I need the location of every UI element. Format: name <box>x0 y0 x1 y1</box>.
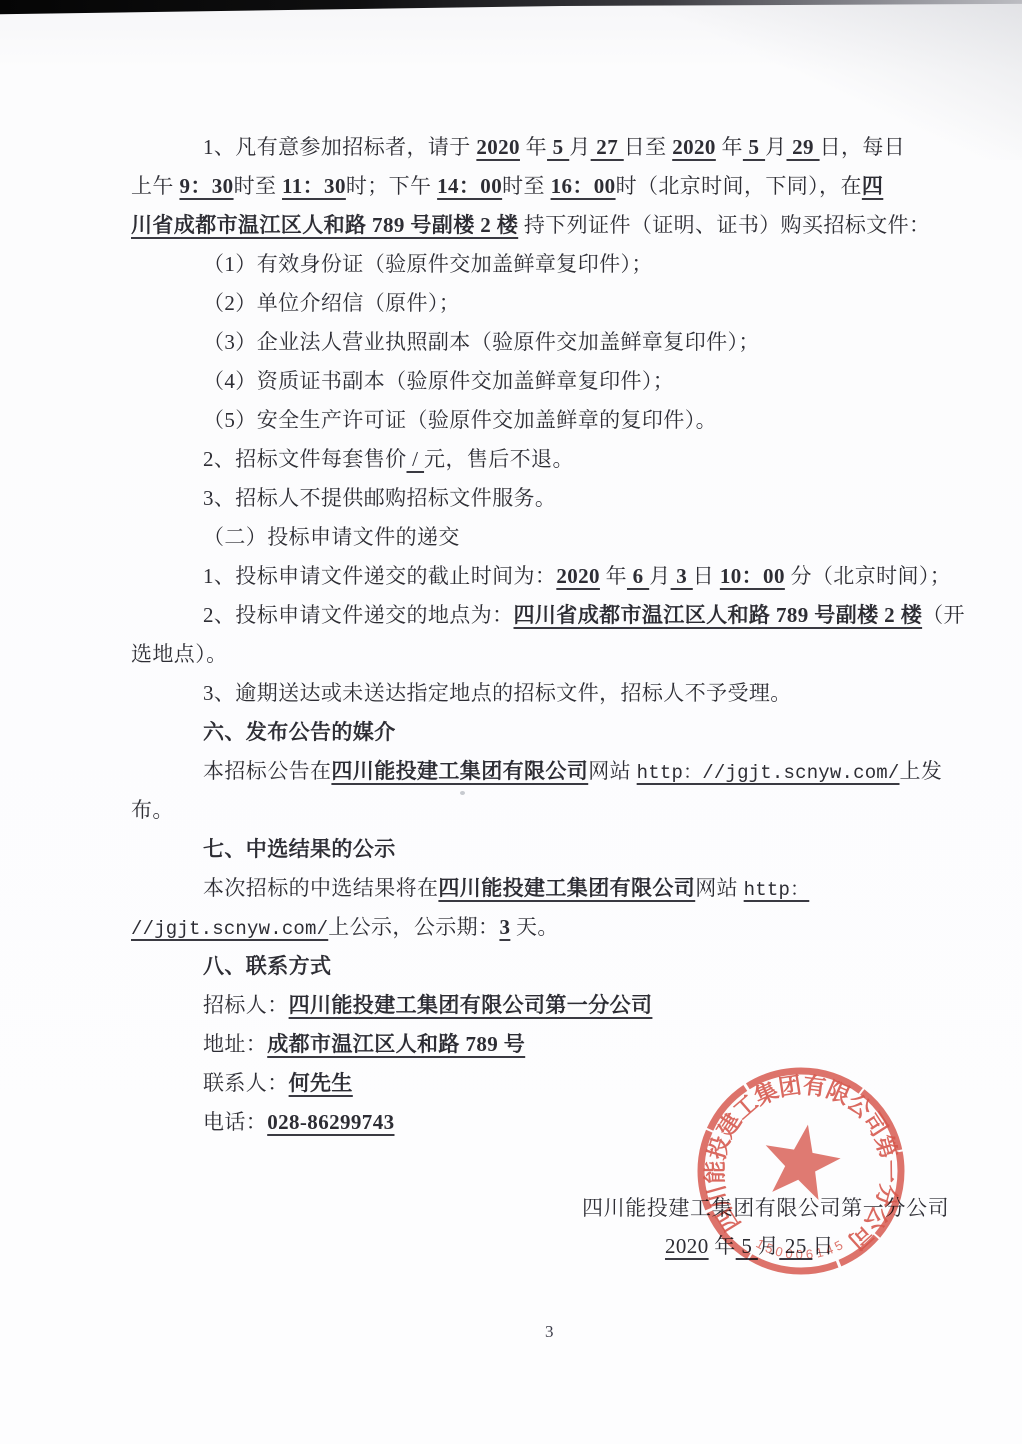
text-segment: http：//jgjt.scnyw.com/ <box>637 762 900 784</box>
text-segment: 六、发布公告的媒介 <box>203 720 396 744</box>
text-segment: 11：30 <box>282 174 346 198</box>
text-segment: 日至 <box>624 135 672 159</box>
document-line: 选地点）。 <box>131 635 931 674</box>
text-segment: 元，售后不退。 <box>424 447 574 471</box>
document-line: 2、投标申请文件递交的地点为：四川省成都市温江区人和路 789 号副楼 2 楼（… <box>131 596 931 635</box>
document-line: （2）单位介绍信（原件）； <box>131 284 931 323</box>
text-segment: 年 <box>520 135 547 159</box>
text-segment: 月 <box>765 135 786 159</box>
text-segment: 14：00 <box>437 174 502 198</box>
company-seal-stamp: 四川能投建工集团有限公司第一分公司 150006145 <box>690 1060 912 1282</box>
text-segment: 16：00 <box>551 174 616 198</box>
text-segment: 3、逾期送达或未送达指定地点的招标文件，招标人不予受理。 <box>203 681 792 705</box>
text-segment: 2020 <box>476 135 520 159</box>
text-segment: 时（北京时间，下同），在 <box>616 174 862 198</box>
text-segment: 地址： <box>203 1032 267 1056</box>
text-segment: 上发 <box>900 759 943 783</box>
text-segment: （开 <box>922 603 965 627</box>
text-segment: 何先生 <box>289 1071 353 1095</box>
text-segment: 选地点）。 <box>131 642 228 666</box>
text-segment: 时至 <box>502 174 550 198</box>
document-line: （5）安全生产许可证（验原件交加盖鲜章的复印件）。 <box>131 401 931 440</box>
document-body: 1、凡有意参加招标者，请于 2020 年 5 月 27 日至 2020 年 5 … <box>131 128 931 1142</box>
text-segment: 028-86299743 <box>267 1110 394 1134</box>
document-line: （3）企业法人营业执照副本（验原件交加盖鲜章复印件）； <box>131 323 931 362</box>
text-segment: 四川能投建工集团有限公司第一分公司 <box>289 993 653 1017</box>
text-segment: 联系人： <box>203 1071 289 1095</box>
text-segment: 2020 <box>556 564 600 588</box>
text-segment: 5 <box>743 135 765 159</box>
page-number: 3 <box>545 1322 554 1342</box>
text-segment: 电话： <box>203 1110 267 1134</box>
text-segment: 持下列证件（证明、证书）购买招标文件： <box>518 213 930 237</box>
text-segment: 四川能投建工集团有限公司 <box>331 759 588 783</box>
document-line: 上午 9：30时至 11：30时；下午 14：00时至 16：00时（北京时间，… <box>131 167 931 206</box>
text-segment: 2、招标文件每套售价 <box>203 447 407 471</box>
text-segment: （二）投标申请文件的递交 <box>203 525 460 549</box>
scanned-document-page: 1、凡有意参加招标者，请于 2020 年 5 月 27 日至 2020 年 5 … <box>0 0 1022 1444</box>
document-line: 六、发布公告的媒介 <box>131 713 931 752</box>
text-segment: （5）安全生产许可证（验原件交加盖鲜章的复印件）。 <box>203 408 717 432</box>
text-segment: 本招标公告在 <box>203 759 331 783</box>
text-segment: 2、投标申请文件递交的地点为： <box>203 603 514 627</box>
text-segment: 时至 <box>234 174 282 198</box>
text-segment: （4）资质证书副本（验原件交加盖鲜章复印件）； <box>203 369 674 393</box>
text-segment: （3）企业法人营业执照副本（验原件交加盖鲜章复印件）； <box>203 330 760 354</box>
text-segment: 四 <box>862 174 883 198</box>
document-line: 1、投标申请文件递交的截止时间为：2020 年 6 月 3 日 10：00 分（… <box>131 557 931 596</box>
document-line: 2、招标文件每套售价 / 元，售后不退。 <box>131 440 931 479</box>
text-segment: 本次招标的中选结果将在 <box>203 876 438 900</box>
text-segment: 招标人： <box>203 993 289 1017</box>
document-line: 布。 <box>131 791 931 830</box>
text-segment: 网站 <box>588 759 636 783</box>
document-line: 3、招标人不提供邮购招标文件服务。 <box>131 479 931 518</box>
text-segment: 29 <box>786 135 819 159</box>
text-segment: 天。 <box>510 915 558 939</box>
document-line: （4）资质证书副本（验原件交加盖鲜章复印件）； <box>131 362 931 401</box>
text-segment: 月 <box>649 564 670 588</box>
document-line: 3、逾期送达或未送达指定地点的招标文件，招标人不予受理。 <box>131 674 931 713</box>
text-segment: 月 <box>569 135 590 159</box>
text-segment: 四川能投建工集团有限公司 <box>438 876 695 900</box>
document-line: 川省成都市温江区人和路 789 号副楼 2 楼 持下列证件（证明、证书）购买招标… <box>131 206 931 245</box>
text-segment: 网站 <box>695 876 743 900</box>
text-segment: 上午 <box>131 174 179 198</box>
document-line: 七、中选结果的公示 <box>131 830 931 869</box>
text-segment: （1）有效身份证（验原件交加盖鲜章复印件）； <box>203 252 653 276</box>
text-segment: 时；下午 <box>346 174 437 198</box>
text-segment: 分（北京时间）； <box>785 564 951 588</box>
text-segment: 上公示，公示期： <box>328 915 499 939</box>
text-segment: 6 <box>627 564 649 588</box>
text-segment: / <box>407 447 425 471</box>
document-line: 地址：成都市温江区人和路 789 号 <box>131 1025 931 1064</box>
document-line: 本招标公告在四川能投建工集团有限公司网站 http：//jgjt.scnyw.c… <box>131 752 931 791</box>
svg-text:150006145: 150006145 <box>754 1236 849 1262</box>
text-segment: 1、投标申请文件递交的截止时间为： <box>203 564 556 588</box>
text-segment: http： <box>744 879 810 901</box>
text-segment: 七、中选结果的公示 <box>203 837 396 861</box>
text-segment: 3 <box>499 915 510 939</box>
text-segment: 八、联系方式 <box>203 954 331 978</box>
document-line: //jgjt.scnyw.com/上公示，公示期：3 天。 <box>131 908 931 947</box>
document-line: 八、联系方式 <box>131 947 931 986</box>
text-segment: （2）单位介绍信（原件）； <box>203 291 460 315</box>
text-segment: 年 <box>600 564 627 588</box>
text-segment: 9：30 <box>179 174 233 198</box>
text-segment: //jgjt.scnyw.com/ <box>131 918 328 940</box>
seal-number: 150006145 <box>754 1236 849 1262</box>
text-segment: 布。 <box>131 798 174 822</box>
text-segment: 27 <box>591 135 624 159</box>
document-line: （1）有效身份证（验原件交加盖鲜章复印件）； <box>131 245 931 284</box>
document-line: 招标人：四川能投建工集团有限公司第一分公司 <box>131 986 931 1025</box>
document-line: （二）投标申请文件的递交 <box>131 518 931 557</box>
text-segment: 3 <box>671 564 693 588</box>
text-segment: 年 <box>716 135 743 159</box>
text-segment: 2020 <box>672 135 716 159</box>
text-segment: 5 <box>547 135 569 159</box>
seal-star-icon <box>758 1118 845 1202</box>
text-segment: 四川省成都市温江区人和路 789 号副楼 2 楼 <box>514 603 923 627</box>
text-segment: 10：00 <box>720 564 785 588</box>
text-segment: 川省成都市温江区人和路 789 号副楼 2 楼 <box>131 213 518 237</box>
scan-artifact-top-edge <box>0 0 1022 15</box>
text-segment: 1、凡有意参加招标者，请于 <box>203 135 476 159</box>
text-segment: 3、招标人不提供邮购招标文件服务。 <box>203 486 556 510</box>
document-line: 本次招标的中选结果将在四川能投建工集团有限公司网站 http： <box>131 869 931 908</box>
text-segment: 成都市温江区人和路 789 号 <box>267 1032 525 1056</box>
text-segment: 日，每日 <box>820 135 906 159</box>
text-segment: 日 <box>693 564 720 588</box>
document-line: 1、凡有意参加招标者，请于 2020 年 5 月 27 日至 2020 年 5 … <box>131 128 931 167</box>
